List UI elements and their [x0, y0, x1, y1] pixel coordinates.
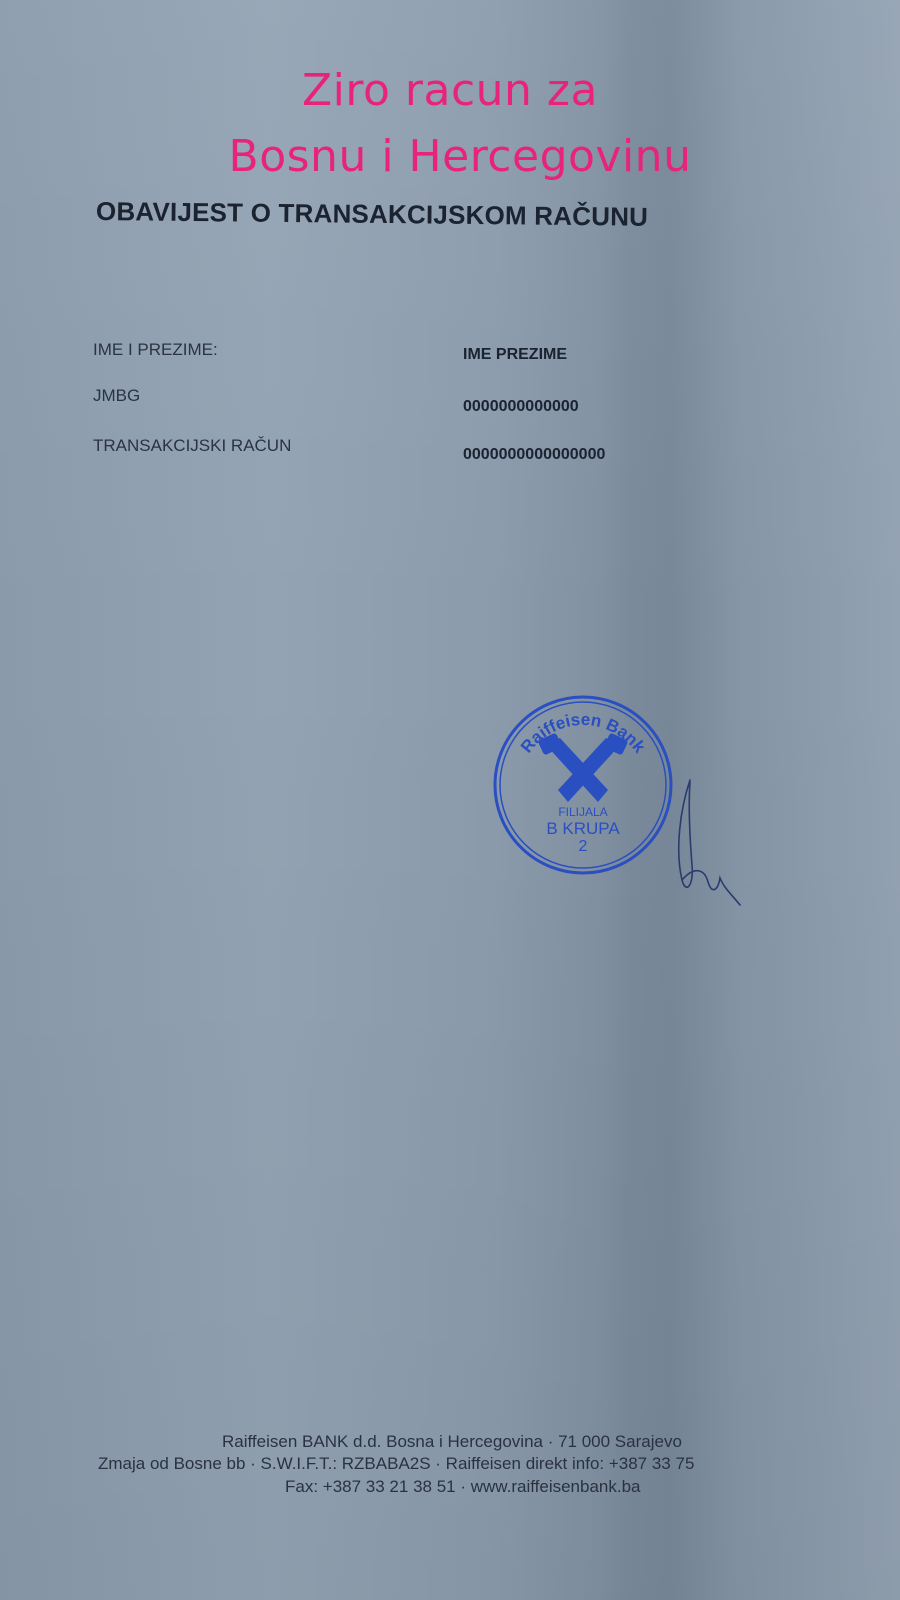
field-value-jmbg: 0000000000000	[463, 398, 579, 416]
footer-line-1: Raiffeisen BANK d.d. Bosna i Hercegovina…	[222, 1432, 900, 1452]
field-label-name: IME I PREZIME:	[93, 340, 218, 360]
raiffeisen-crossed-gables-icon	[538, 733, 629, 802]
document-title: OBAVIJEST O TRANSAKCIJSKOM RAČUNU	[96, 196, 816, 235]
stamp-branch-name: B KRUPA	[546, 819, 620, 838]
stamp-branch-number: 2	[579, 838, 588, 855]
footer-line-3: Fax: +387 33 21 38 51 · www.raiffeisenba…	[285, 1477, 900, 1497]
footer-line-2: Zmaja od Bosne bb · S.W.I.F.T.: RZBABA2S…	[98, 1454, 900, 1474]
paper-background	[0, 0, 900, 1600]
overlay-title-line-2: Bosnu i Hercegovinu	[20, 128, 900, 186]
handwritten-signature-icon	[660, 770, 750, 910]
overlay-title-line-1: Ziro racun za	[0, 62, 900, 120]
field-label-jmbg: JMBG	[93, 386, 140, 406]
field-label-account: TRANSAKCIJSKI RAČUN	[93, 436, 291, 456]
stamp-branch-label: FILIJALA	[558, 805, 607, 819]
bank-stamp: Raiffeisen Bank FILIJALA B KRUPA 2	[488, 690, 678, 880]
field-value-account: 0000000000000000	[463, 446, 605, 464]
field-value-name: IME PREZIME	[463, 346, 567, 364]
